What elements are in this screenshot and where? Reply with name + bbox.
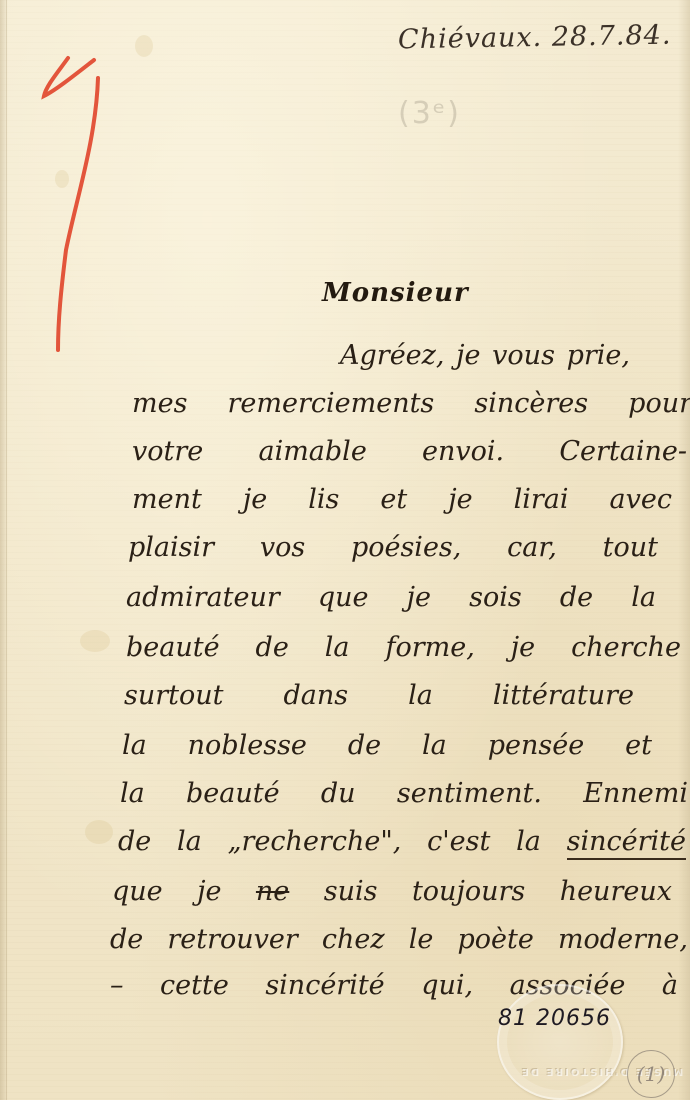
- letter-line-10: la beauté du sentiment. Ennemi: [120, 778, 688, 809]
- word: littérature: [493, 680, 634, 711]
- letter-line-3: votre aimable envoi. Certaine-: [132, 436, 687, 467]
- pencil-mark: (3ᵉ): [398, 96, 461, 131]
- letter-line-9: la noblesse de la pensée et: [122, 730, 652, 761]
- word: que: [318, 582, 369, 613]
- word: la: [325, 632, 350, 663]
- word: je: [448, 484, 472, 515]
- underlined-word: sincérité: [567, 826, 686, 860]
- place-date-line: Chiévaux. 28.7.84.: [398, 20, 672, 56]
- word: ment: [132, 484, 202, 515]
- word: vos: [260, 532, 305, 563]
- letter-line-7: beauté de la forme, je cherche: [126, 632, 681, 663]
- word: „recherche",: [228, 826, 402, 860]
- word: la: [516, 826, 541, 860]
- word: beauté: [126, 632, 220, 663]
- word: la: [631, 582, 656, 613]
- word: ne: [256, 876, 289, 907]
- word: surtout: [124, 680, 224, 711]
- letter-line-5: plaisir vos poésies, car, tout: [128, 532, 658, 563]
- word: et: [380, 484, 407, 515]
- word: qui,: [421, 970, 473, 1001]
- embossed-seal-icon: [497, 984, 623, 1100]
- word: tout: [603, 532, 658, 563]
- word: remerciements: [228, 388, 435, 419]
- page-fold-line: [6, 0, 7, 1100]
- letter-line-11: de la „recherche", c'est la sincérité: [118, 826, 686, 860]
- word: Agréez,: [340, 340, 444, 371]
- word: cette: [160, 970, 229, 1001]
- word: lis: [308, 484, 339, 515]
- word: de: [560, 582, 593, 613]
- word: sincères: [474, 388, 588, 419]
- word: moderne,: [558, 924, 688, 955]
- word: mes: [132, 388, 187, 419]
- word: envoi.: [422, 436, 504, 467]
- word: sentiment.: [397, 778, 542, 809]
- letter-line-4: ment je lis et je lirai avec: [132, 484, 672, 515]
- word: la: [408, 680, 433, 711]
- folio-number: (1): [627, 1050, 675, 1098]
- word: la: [120, 778, 145, 809]
- word: de: [110, 924, 143, 955]
- word: je: [511, 632, 535, 663]
- word: car,: [507, 532, 557, 563]
- word: poète: [457, 924, 533, 955]
- word: sincérité: [265, 970, 384, 1001]
- word: prie,: [567, 340, 630, 371]
- letter-line-12: que je ne suis toujours heureux: [112, 876, 672, 907]
- letter-line-6: admirateur que je sois de la: [126, 582, 656, 613]
- paper-stain: [85, 820, 113, 844]
- word: admirateur: [126, 582, 280, 613]
- word: de: [348, 730, 381, 761]
- word: je: [243, 484, 267, 515]
- word: heureux: [560, 876, 672, 907]
- letter-page: Chiévaux. 28.7.84. (3ᵉ) Monsieur Agréez,…: [0, 0, 690, 1100]
- letter-line-2: mes remerciements sincères pour: [132, 388, 690, 419]
- paper-stain: [80, 630, 110, 652]
- paper-stain: [135, 35, 153, 57]
- word: Certaine-: [559, 436, 687, 467]
- word: votre: [132, 436, 203, 467]
- word: vous: [492, 340, 555, 371]
- word: aimable: [258, 436, 366, 467]
- word: pour: [628, 388, 690, 419]
- word: toujours: [412, 876, 525, 907]
- word: du: [321, 778, 356, 809]
- word: forme,: [385, 632, 474, 663]
- word: plaisir: [128, 532, 214, 563]
- word: je: [197, 876, 221, 907]
- salutation: Monsieur: [322, 278, 469, 308]
- word: sois: [469, 582, 522, 613]
- letter-line-13: de retrouver chez le poète moderne,: [110, 924, 688, 955]
- word: le: [409, 924, 434, 955]
- word: la: [177, 826, 202, 860]
- word: la: [122, 730, 147, 761]
- word: de: [118, 826, 151, 860]
- word: de: [256, 632, 289, 663]
- letter-line-1: Agréez, je vous prie,: [340, 340, 630, 371]
- word: Ennemi: [583, 778, 688, 809]
- word: c'est: [427, 826, 490, 860]
- word: à: [662, 970, 678, 1001]
- word: –: [110, 970, 124, 1001]
- word: noblesse: [188, 730, 307, 761]
- catalog-number: 81 20656: [498, 1006, 611, 1031]
- word: poésies,: [351, 532, 461, 563]
- letter-line-8: surtout dans la littérature: [124, 680, 634, 711]
- word: je: [407, 582, 431, 613]
- word: je: [456, 340, 480, 371]
- word: la: [422, 730, 447, 761]
- word: pensée: [488, 730, 584, 761]
- word: suis: [324, 876, 378, 907]
- word: beauté: [186, 778, 280, 809]
- word: retrouver: [167, 924, 297, 955]
- word: cherche: [571, 632, 681, 663]
- word: que: [112, 876, 163, 907]
- red-crayon-mark-icon: [36, 50, 106, 360]
- word: avec: [610, 484, 672, 515]
- word: lirai: [514, 484, 569, 515]
- word: dans: [284, 680, 349, 711]
- word: chez: [322, 924, 385, 955]
- word: et: [625, 730, 652, 761]
